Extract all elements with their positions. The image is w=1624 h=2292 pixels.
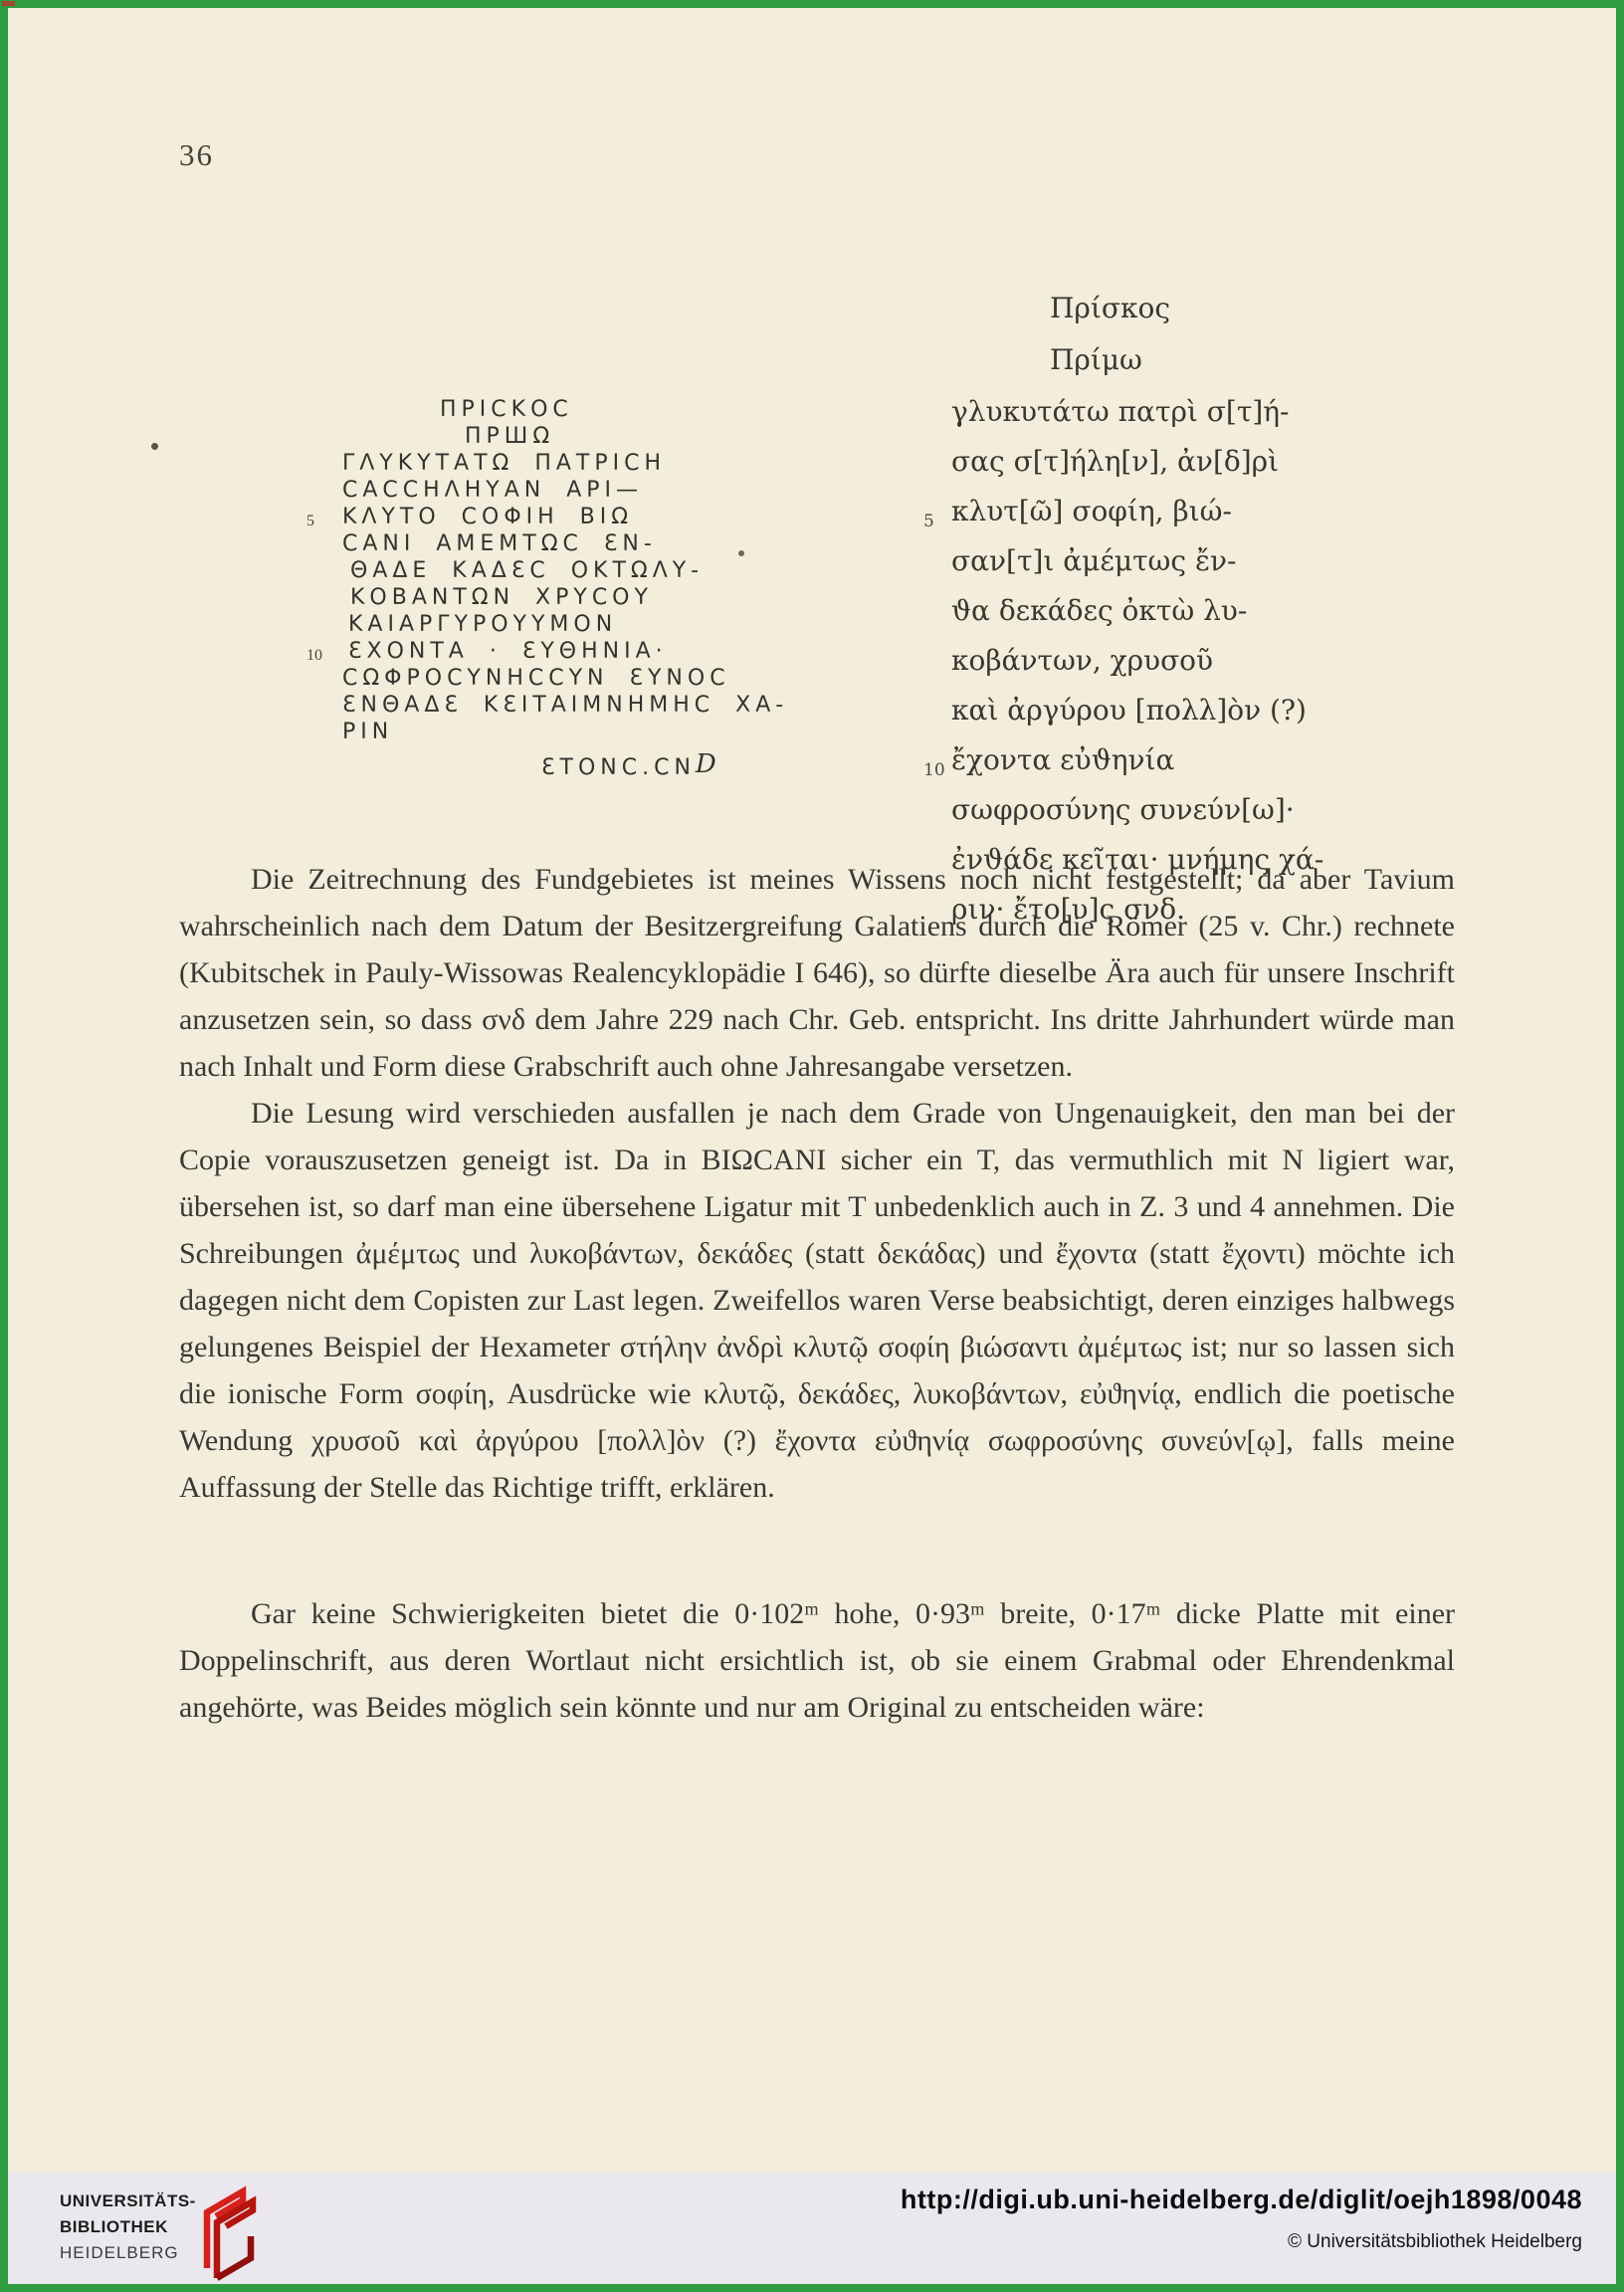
- paragraph-plate: Gar keine Schwierigkeiten bietet die 0·1…: [179, 1590, 1455, 1731]
- inscription-line: ΚΑΙΑΡΓΥΡΟΥΥΜΟΝ: [299, 611, 935, 638]
- transcription-line: 5κλυτ[ῶ] σοφίη, βιώ-: [923, 487, 1321, 536]
- inscription-line: 10ƐΧΟΝΤΑ · ƐΥΘΗΝΙΑ·: [299, 638, 935, 665]
- copyright-notice: © Universitätsbibliothek Heidelberg: [901, 2231, 1582, 2253]
- page-number: 36: [179, 137, 214, 173]
- line-number: [299, 723, 342, 749]
- line-number: 10: [299, 642, 342, 669]
- transcription-title: Πρίσκος: [1050, 284, 1321, 335]
- inscription-facsimile: ΠΡΙϹΚΟϹ ΠΡШΩ ΓΛΥΚΥΤΑΤΩ ΠΑΤΡΙϹΗ ϹΑϹϹΗΛΗΥΑ…: [299, 396, 935, 781]
- scanned-page: 36 Πρίσκος Πρίμω γλυκυτάτω πατρὶ σ[τ]ή- …: [8, 8, 1616, 2284]
- line-number: [299, 400, 342, 427]
- inscription-line: ƐΝΘΑΔƐ ΚƐΙΤΑΙΜΝΗΜΗϹ ΧΑ-: [299, 692, 935, 719]
- line-number: [299, 696, 342, 723]
- transcription-line: σαν[τ]ι ἀμέμτως ἔν-: [923, 536, 1321, 586]
- transcription-line: σωφροσύνης συνεύν[ω]·: [923, 785, 1321, 835]
- library-name: UNIVERSITÄTS- BIBLIOTHEK HEIDELBERG: [60, 2188, 196, 2266]
- greek-transcription-column: Πρίσκος Πρίμω γλυκυτάτω πατρὶ σ[τ]ή- σας…: [923, 284, 1321, 935]
- library-footer-bar: UNIVERSITÄTS- BIBLIOTHEK HEIDELBERG http…: [8, 2173, 1616, 2284]
- line-number: [299, 588, 342, 615]
- body-text: Die Zeitrechnung des Fundgebietes ist me…: [179, 856, 1455, 1731]
- inscription-line: 5ΚΛΥΤΟ ϹΟΦΙΗ ΒΙΩ: [299, 504, 935, 530]
- inscription-line: ΓΛΥΚΥΤΑΤΩ ΠΑΤΡΙϹΗ: [299, 450, 935, 477]
- line-number: [299, 427, 342, 454]
- line-number: [299, 615, 342, 642]
- inscription-line: ΠΡΙϹΚΟϹ: [299, 396, 935, 423]
- inscription-line: ΡΙΝ: [299, 719, 935, 745]
- transcription-line: ϑα δεκάδες ὀκτὼ λυ-: [923, 586, 1321, 636]
- line-number: [299, 481, 342, 508]
- transcription-line: κοβάντων, χρυσοῦ: [923, 636, 1321, 686]
- source-block: http://digi.ub.uni-heidelberg.de/diglit/…: [901, 2185, 1582, 2253]
- transcription-line: καὶ ἀργύρου [πολλ]ὸν (?): [923, 686, 1321, 735]
- line-number: 5: [299, 508, 342, 534]
- transcription-line: γλυκυτάτω πατρὶ σ[τ]ή-: [923, 387, 1321, 437]
- inscription-line: ϹΑΝΙ ΑΜΕΜΤΩϹ ƐΝ-: [299, 530, 935, 557]
- inscription-line: ΠΡШΩ: [299, 423, 935, 450]
- transcription-line: 10ἔχοντα εὐϑηνία: [923, 735, 1321, 785]
- line-number: [923, 795, 951, 845]
- transcription-subtitle: Πρίμω: [1050, 335, 1321, 387]
- line-number: [299, 534, 342, 561]
- inscription-line: ϹΩΦΡΟϹΥΝΗϹϹΥΝ ƐΥΝΟϹ: [299, 665, 935, 692]
- transcription-line: σας σ[τ]ήλη[ν], ἀν[δ]ρὶ: [923, 437, 1321, 487]
- source-url: http://digi.ub.uni-heidelberg.de/diglit/…: [901, 2185, 1582, 2215]
- inscription-line: ΘΑΔΕ ΚΑΔƐϹ ΟΚΤΩΛΥ-: [299, 557, 935, 584]
- scan-frame: 36 Πρίσκος Πρίμω γλυκυτάτω πατρὶ σ[τ]ή- …: [0, 0, 1624, 2292]
- inscription-line: ϹΑϹϹΗΛΗΥΑΝ ΑΡΙ—: [299, 477, 935, 504]
- scan-speck: [151, 443, 158, 450]
- paragraph-dating: Die Zeitrechnung des Fundgebietes ist me…: [179, 856, 1455, 1090]
- line-number: [299, 669, 342, 696]
- inscription-line: ΚΟΒΑΝΤΩΝ ΧΡΥϹΟΥ: [299, 584, 935, 611]
- corner-mark: [2, 1, 15, 6]
- ub-heidelberg-logo-icon: [185, 2177, 261, 2282]
- line-number: [299, 454, 342, 481]
- inscription-dateline: ƐΤΟΝϹ.ϹΝD: [299, 753, 935, 781]
- line-number: [299, 561, 342, 588]
- paragraph-reading: Die Lesung wird verschieden ausfallen je…: [179, 1090, 1455, 1511]
- script-d-glyph: D: [696, 749, 716, 779]
